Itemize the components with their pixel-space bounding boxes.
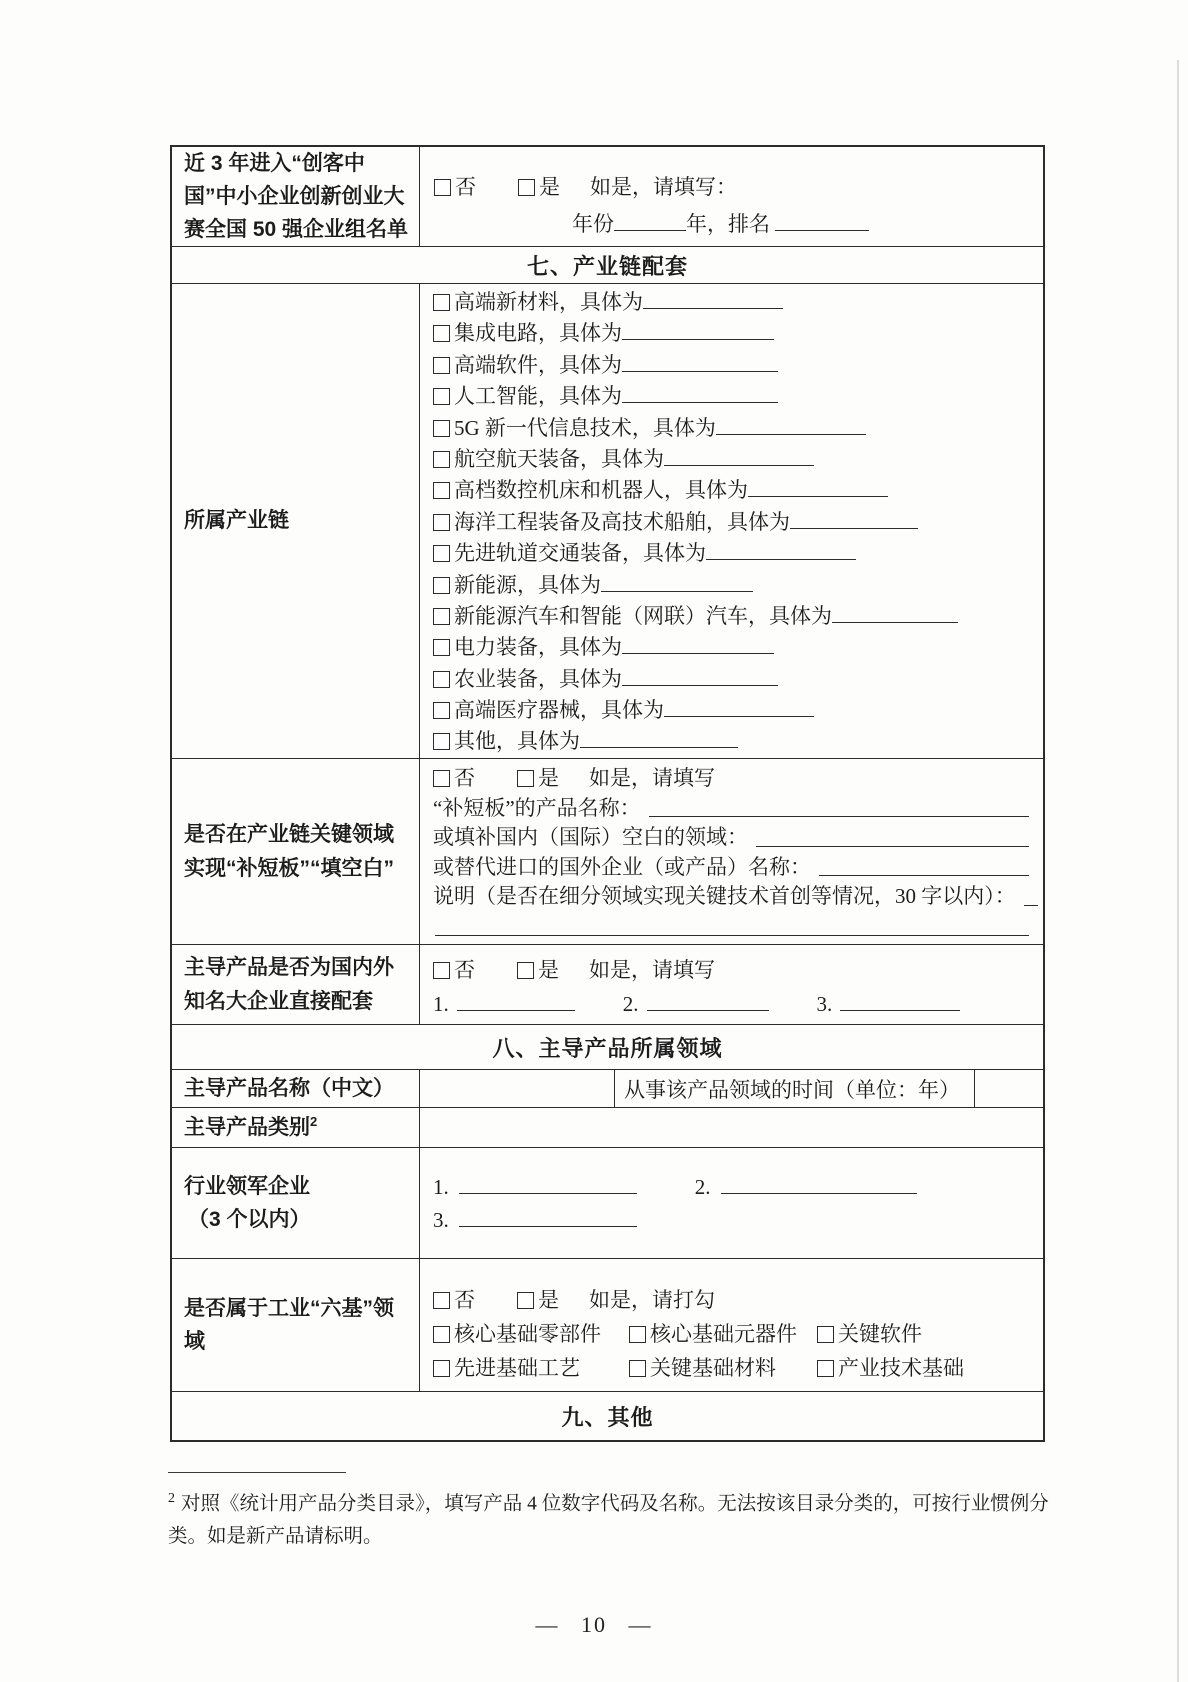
rank-label: 年，排名	[686, 212, 770, 236]
section7-title: 七、产业链配套	[527, 250, 688, 281]
footnote-text: 2对照《统计用产品分类目录》，填写产品 4 位数字代码及名称。无法按该目录分类的…	[168, 1487, 1050, 1554]
industry-chain-options: 高端新材料，具体为 集成电路，具体为 高端软件，具体为 人工智能，具体为 5G …	[420, 284, 1043, 758]
chain-item: 高端医疗器械，具体为	[433, 695, 1037, 726]
chain-item-label: 航空航天装备，具体为	[454, 447, 664, 471]
fill-in-blank[interactable]	[649, 794, 1029, 818]
contest-label: 近 3 年进入“创客中国”中小企业创新创业大赛全国 50 强企业组名单	[172, 147, 420, 246]
checkbox-icon[interactable]	[433, 1326, 450, 1343]
item-number: 1.	[433, 1175, 449, 1200]
section9-title: 九、其他	[561, 1401, 653, 1432]
checkbox-icon[interactable]	[433, 388, 450, 405]
footnote-body: 对照《统计用产品分类目录》，填写产品 4 位数字代码及名称。无法按该目录分类的，…	[168, 1494, 1049, 1548]
leading-companies-content: 1.2. 3.	[420, 1148, 1043, 1258]
supporting-label-text: 主导产品是否为国内外知名大企业直接配套	[184, 951, 411, 1017]
contest-content: 否是如是，请填写： 年份年，排名	[420, 147, 1043, 246]
yes-label: 是	[538, 766, 559, 790]
six-option-label: 关键基础材料	[650, 1356, 776, 1380]
checkbox-icon[interactable]	[817, 1326, 834, 1343]
footnote-ref-number: 2	[168, 1491, 175, 1506]
fill-in-blank[interactable]	[840, 991, 960, 1011]
fill-in-blank[interactable]	[756, 823, 1029, 847]
page-number: — 10 —	[0, 1612, 1188, 1638]
item-number: 1.	[433, 988, 449, 1020]
item-number: 2.	[623, 988, 639, 1020]
row-supporting: 主导产品是否为国内外知名大企业直接配套 否是如是，请填写 1.2.3.	[172, 945, 1043, 1025]
checkbox-icon[interactable]	[433, 514, 450, 531]
leading-companies-label-text: 行业领军企业 （3 个以内）	[184, 1170, 311, 1236]
six-option: 关键软件	[817, 1317, 1033, 1351]
fill-in-blank[interactable]	[622, 352, 778, 372]
chain-item-label: 先进轨道交通装备，具体为	[454, 541, 706, 565]
fill-in-blank[interactable]	[819, 853, 1029, 877]
shortboard-product-name-line: “补短板”的产品名称：	[433, 794, 1033, 824]
leading-companies-line1: 1.2.	[433, 1174, 1033, 1207]
checkbox-icon[interactable]	[433, 357, 450, 374]
six-option-label: 核心基础元器件	[650, 1322, 797, 1346]
checkbox-yes[interactable]	[517, 1292, 534, 1309]
checkbox-icon[interactable]	[433, 420, 450, 437]
chain-item-label: 其他，具体为	[454, 729, 580, 753]
checkbox-icon[interactable]	[433, 733, 450, 750]
row-contest: 近 3 年进入“创客中国”中小企业创新创业大赛全国 50 强企业组名单 否是如是…	[172, 147, 1043, 247]
row-six-basics: 是否属于工业“六基”领域 否是如是，请打勾 核心基础零部件 核心基础元器件 关键…	[172, 1259, 1043, 1392]
chain-item-label: 人工智能，具体为	[454, 384, 622, 408]
supporting-choice-line: 否是如是，请填写	[433, 954, 1033, 986]
checkbox-yes[interactable]	[517, 770, 534, 787]
chain-item-label: 高档数控机床和机器人，具体为	[454, 478, 748, 502]
chain-item: 海洋工程装备及高技术船舶，具体为	[433, 507, 1037, 538]
fill-in-blank[interactable]	[790, 509, 918, 529]
shortboard-note-continuation	[433, 912, 1033, 942]
field-label: 或填补国内（国际）空白的领域：	[433, 823, 748, 853]
chain-item-label: 5G 新一代信息技术，具体为	[454, 416, 716, 440]
fill-in-blank[interactable]	[721, 1174, 917, 1194]
shortboard-gap-field-line: 或填补国内（国际）空白的领域：	[433, 823, 1033, 853]
fill-in-blank[interactable]	[435, 912, 1029, 936]
chain-item: 高档数控机床和机器人，具体为	[433, 475, 1037, 506]
row-industry-chain: 所属产业链 高端新材料，具体为 集成电路，具体为 高端软件，具体为 人工智能，具…	[172, 284, 1043, 759]
section9-header: 九、其他	[172, 1392, 1043, 1440]
checkbox-icon[interactable]	[629, 1326, 646, 1343]
six-option-label: 产业技术基础	[838, 1356, 964, 1380]
six-basics-content: 否是如是，请打勾 核心基础零部件 核心基础元器件 关键软件 先进基础工艺 关键基…	[420, 1259, 1043, 1391]
six-basics-options: 核心基础零部件 核心基础元器件 关键软件 先进基础工艺 关键基础材料 产业技术基…	[433, 1317, 1033, 1385]
fill-in-blank[interactable]	[643, 289, 783, 309]
fill-in-blank[interactable]	[664, 697, 814, 717]
checkbox-icon[interactable]	[433, 482, 450, 499]
chain-item-label: 农业装备，具体为	[454, 667, 622, 691]
leading-companies-line2: 3.	[433, 1207, 1033, 1240]
fill-in-blank[interactable]	[647, 991, 769, 1011]
checkbox-no[interactable]	[434, 179, 451, 196]
fill-in-blank[interactable]	[622, 666, 778, 686]
field-label: 或替代进口的国外企业（或产品）名称：	[433, 853, 811, 883]
checkbox-icon[interactable]	[433, 577, 450, 594]
section8-header: 八、主导产品所属领域	[172, 1025, 1043, 1070]
chain-item: 电力装备，具体为	[433, 632, 1037, 663]
footnote: 2对照《统计用产品分类目录》，填写产品 4 位数字代码及名称。无法按该目录分类的…	[168, 1472, 1050, 1554]
checkbox-icon[interactable]	[629, 1360, 646, 1377]
row-product-category: 主导产品类别2	[172, 1108, 1043, 1148]
checkbox-no[interactable]	[433, 1292, 450, 1309]
fill-in-blank[interactable]	[622, 383, 778, 403]
six-option-label: 关键软件	[838, 1322, 922, 1346]
fill-in-blank[interactable]	[601, 572, 753, 592]
contest-label-text: 近 3 年进入“创客中国”中小企业创新创业大赛全国 50 强企业组名单	[184, 147, 411, 247]
row-product-name: 主导产品名称（中文） 从事该产品领域的时间（单位：年）	[172, 1070, 1043, 1108]
year-label: 年份	[572, 212, 614, 236]
supporting-content: 否是如是，请填写 1.2.3.	[420, 945, 1043, 1024]
chain-item-label: 高端医疗器械，具体为	[454, 698, 664, 722]
industry-chain-label-text: 所属产业链	[184, 504, 289, 537]
no-label: 否	[454, 958, 475, 982]
chain-item-label: 电力装备，具体为	[454, 635, 622, 659]
chain-item-label: 海洋工程装备及高技术船舶，具体为	[454, 510, 790, 534]
supporting-label: 主导产品是否为国内外知名大企业直接配套	[172, 945, 420, 1024]
checkbox-icon[interactable]	[433, 325, 450, 342]
no-label: 否	[454, 766, 475, 790]
fill-in-blank[interactable]	[1024, 882, 1038, 906]
fill-in-blank[interactable]	[459, 1207, 637, 1227]
product-category-label-text: 主导产品类别2	[184, 1111, 317, 1144]
checkbox-icon[interactable]	[433, 545, 450, 562]
six-basics-prompt: 如是，请打勾	[589, 1288, 715, 1312]
shortboard-note-line: 说明（是否在细分领域实现关键技术首创等情况，30 字以内）：	[433, 882, 1033, 912]
fill-in-blank[interactable]	[459, 1174, 637, 1194]
checkbox-icon[interactable]	[433, 451, 450, 468]
six-basics-label: 是否属于工业“六基”领域	[172, 1259, 420, 1391]
contest-year-line: 年份年，排名	[434, 206, 1033, 243]
checkbox-icon[interactable]	[433, 702, 450, 719]
checkbox-icon[interactable]	[433, 608, 450, 625]
product-name-label-text: 主导产品名称（中文）	[184, 1072, 394, 1105]
industry-chain-label: 所属产业链	[172, 284, 420, 758]
six-option-label: 先进基础工艺	[454, 1356, 580, 1380]
yes-label: 是	[538, 1288, 559, 1312]
checkbox-yes[interactable]	[517, 962, 534, 979]
checkbox-icon[interactable]	[433, 1360, 450, 1377]
six-basics-label-text: 是否属于工业“六基”领域	[184, 1292, 411, 1358]
supporting-prompt: 如是，请填写	[589, 958, 715, 982]
product-name-label: 主导产品名称（中文）	[172, 1070, 420, 1107]
yes-label: 是	[538, 958, 559, 982]
fill-in-blank[interactable]	[832, 603, 958, 623]
chain-item: 其他，具体为	[433, 726, 1037, 757]
fill-in-blank[interactable]	[706, 540, 856, 560]
no-label: 否	[454, 1288, 475, 1312]
field-label: “补短板”的产品名称：	[433, 794, 641, 824]
footnote-ref-mark: 2	[310, 1114, 317, 1129]
checkbox-icon[interactable]	[433, 294, 450, 311]
six-option: 产业技术基础	[817, 1351, 1033, 1385]
supporting-items-line: 1.2.3.	[433, 988, 1033, 1020]
fill-in-blank[interactable]	[622, 320, 774, 340]
no-label: 否	[455, 175, 476, 199]
shortboard-content: 否是如是，请填写 “补短板”的产品名称： 或填补国内（国际）空白的领域： 或替代…	[420, 759, 1043, 944]
section7-header: 七、产业链配套	[172, 247, 1043, 284]
scanned-form-page: 近 3 年进入“创客中国”中小企业创新创业大赛全国 50 强企业组名单 否是如是…	[0, 0, 1188, 1682]
chain-item-label: 高端新材料，具体为	[454, 290, 643, 314]
product-time-label-cell: 从事该产品领域的时间（单位：年）	[615, 1070, 975, 1107]
chain-item: 新能源汽车和智能（网联）汽车，具体为	[433, 601, 1037, 632]
item-number: 3.	[817, 988, 833, 1020]
chain-item: 高端新材料，具体为	[433, 287, 1037, 318]
checkbox-icon[interactable]	[817, 1360, 834, 1377]
checkbox-no[interactable]	[433, 770, 450, 787]
shortboard-import-sub-line: 或替代进口的国外企业（或产品）名称：	[433, 853, 1033, 883]
product-category-input-cell[interactable]	[420, 1108, 1043, 1147]
fill-in-blank[interactable]	[622, 634, 774, 654]
six-option: 先进基础工艺	[433, 1351, 611, 1385]
chain-item: 集成电路，具体为	[433, 318, 1037, 349]
section8-title: 八、主导产品所属领域	[492, 1032, 722, 1063]
item-number: 2.	[695, 1175, 711, 1200]
product-time-label-text: 从事该产品领域的时间（单位：年）	[624, 1074, 960, 1104]
item-number: 3.	[433, 1208, 449, 1233]
chain-item-label: 高端软件，具体为	[454, 353, 622, 377]
chain-item-label: 新能源，具体为	[454, 573, 601, 597]
chain-item: 航空航天装备，具体为	[433, 444, 1037, 475]
fill-in-blank[interactable]	[716, 415, 866, 435]
chain-item: 先进轨道交通装备，具体为	[433, 538, 1037, 569]
six-option-label: 核心基础零部件	[454, 1322, 601, 1346]
checkbox-no[interactable]	[433, 962, 450, 979]
fill-in-blank[interactable]	[457, 991, 575, 1011]
six-option: 关键基础材料	[629, 1351, 799, 1385]
fill-in-blank[interactable]	[580, 729, 738, 749]
year-input-line[interactable]	[614, 211, 686, 231]
chain-item: 5G 新一代信息技术，具体为	[433, 413, 1037, 444]
page-edge-shadow	[1177, 60, 1179, 1682]
checkbox-yes[interactable]	[518, 179, 535, 196]
rank-input-line[interactable]	[775, 211, 869, 231]
yes-label: 是	[539, 175, 560, 199]
six-basics-choice-line: 否是如是，请打勾	[433, 1283, 1033, 1317]
fill-in-blank[interactable]	[664, 446, 814, 466]
six-option: 核心基础元器件	[629, 1317, 799, 1351]
chain-item: 人工智能，具体为	[433, 381, 1037, 412]
product-time-input-cell[interactable]	[975, 1070, 1043, 1107]
leading-companies-label: 行业领军企业 （3 个以内）	[172, 1148, 420, 1258]
shortboard-choice-line: 否是如是，请填写	[433, 764, 1033, 794]
product-category-label: 主导产品类别2	[172, 1108, 420, 1147]
chain-item: 新能源，具体为	[433, 570, 1037, 601]
shortboard-prompt: 如是，请填写	[589, 766, 715, 790]
fill-in-blank[interactable]	[748, 477, 888, 497]
chain-item-label: 集成电路，具体为	[454, 321, 622, 345]
application-form-table: 近 3 年进入“创客中国”中小企业创新创业大赛全国 50 强企业组名单 否是如是…	[170, 145, 1045, 1442]
product-name-input-cell[interactable]	[420, 1070, 615, 1107]
checkbox-icon[interactable]	[433, 671, 450, 688]
chain-item: 高端软件，具体为	[433, 350, 1037, 381]
shortboard-label-text: 是否在产业链关键领域实现“补短板”“填空白”	[184, 818, 411, 884]
shortboard-label: 是否在产业链关键领域实现“补短板”“填空白”	[172, 759, 420, 944]
checkbox-icon[interactable]	[433, 639, 450, 656]
row-shortboard: 是否在产业链关键领域实现“补短板”“填空白” 否是如是，请填写 “补短板”的产品…	[172, 759, 1043, 945]
field-label: 说明（是否在细分领域实现关键技术首创等情况，30 字以内）：	[433, 882, 1016, 912]
row-leading-companies: 行业领军企业 （3 个以内） 1.2. 3.	[172, 1148, 1043, 1259]
contest-choice-line: 否是如是，请填写：	[434, 169, 1033, 206]
footnote-divider	[168, 1472, 346, 1473]
contest-prompt: 如是，请填写：	[590, 175, 737, 199]
chain-item-label: 新能源汽车和智能（网联）汽车，具体为	[454, 604, 832, 628]
chain-item: 农业装备，具体为	[433, 664, 1037, 695]
six-option: 核心基础零部件	[433, 1317, 611, 1351]
